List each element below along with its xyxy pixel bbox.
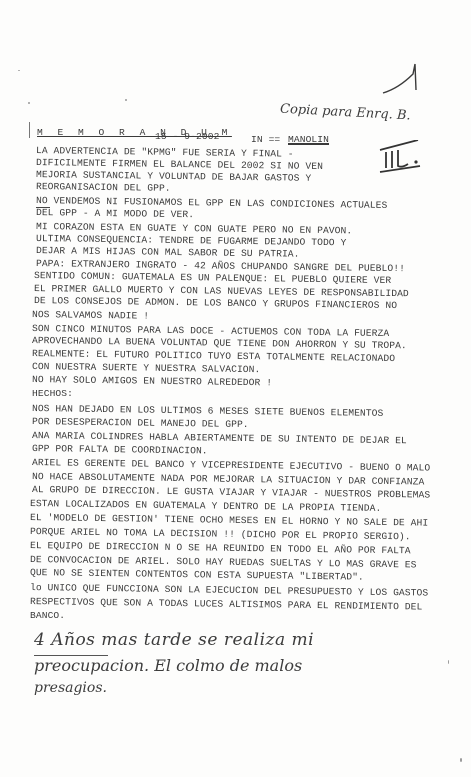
scan-speck [448,660,449,664]
handwritten-roman-numeral [378,140,426,174]
scan-speck [125,99,127,101]
body-line: POR DESESPERACION DEL MANEJO DEL GPP. [32,416,249,430]
body-line: GPP POR FALTA DE COORDINACION. [32,443,208,456]
memo-in-label: IN == [251,134,280,145]
body-line: NOS SALVAMOS NADIE ! [32,309,149,322]
body-line: NO HAY SOLO AMIGOS EN NUESTRO ALREDEDOR … [32,374,272,388]
body-line: QUE NO SE SIENTEN CONTENTOS CON ESTA SUP… [30,567,364,583]
body-line: BANCO. [30,610,65,621]
scanned-memo-page: Copia para Enrq. B. M E M O R A N D U M … [0,0,471,777]
body-line: DEL GPP - A MI MODO DE VER. [36,207,194,220]
section-heading-hechos: HECHOS: [32,388,73,399]
handwritten-footer-line: 4 Años mas tarde se realiza mi [34,630,314,650]
handwritten-copy-note: Copia para Enrq. B. [280,102,411,124]
memo-date: 15 - 9-2002 [155,131,219,142]
scan-speck [460,758,462,762]
body-line: RESPECTIVOS QUE SON A TODAS LUCES ALTISI… [30,596,423,612]
handwritten-footer-line: preocupacion. El colmo de malos [34,656,302,675]
body-line: REORGANISACION DEL GPP. [36,181,171,194]
memo-recipient: MANOLIN [288,134,329,145]
scan-speck [18,70,20,71]
margin-mark [29,122,30,138]
handwritten-footer-line: presagios. [34,680,107,696]
body-line: CON NUESTRA SUERTE Y NUESTRA SALVACION. [32,361,261,375]
body-line: DEJAR A MIS HIJAS CON MAL SABOR DE SU PA… [36,245,300,260]
handwritten-page-number [375,60,425,100]
body-line: ESTAN LOCALIZADOS EN GUATEMALA Y DENTRO … [30,498,382,514]
scan-speck [28,102,30,104]
